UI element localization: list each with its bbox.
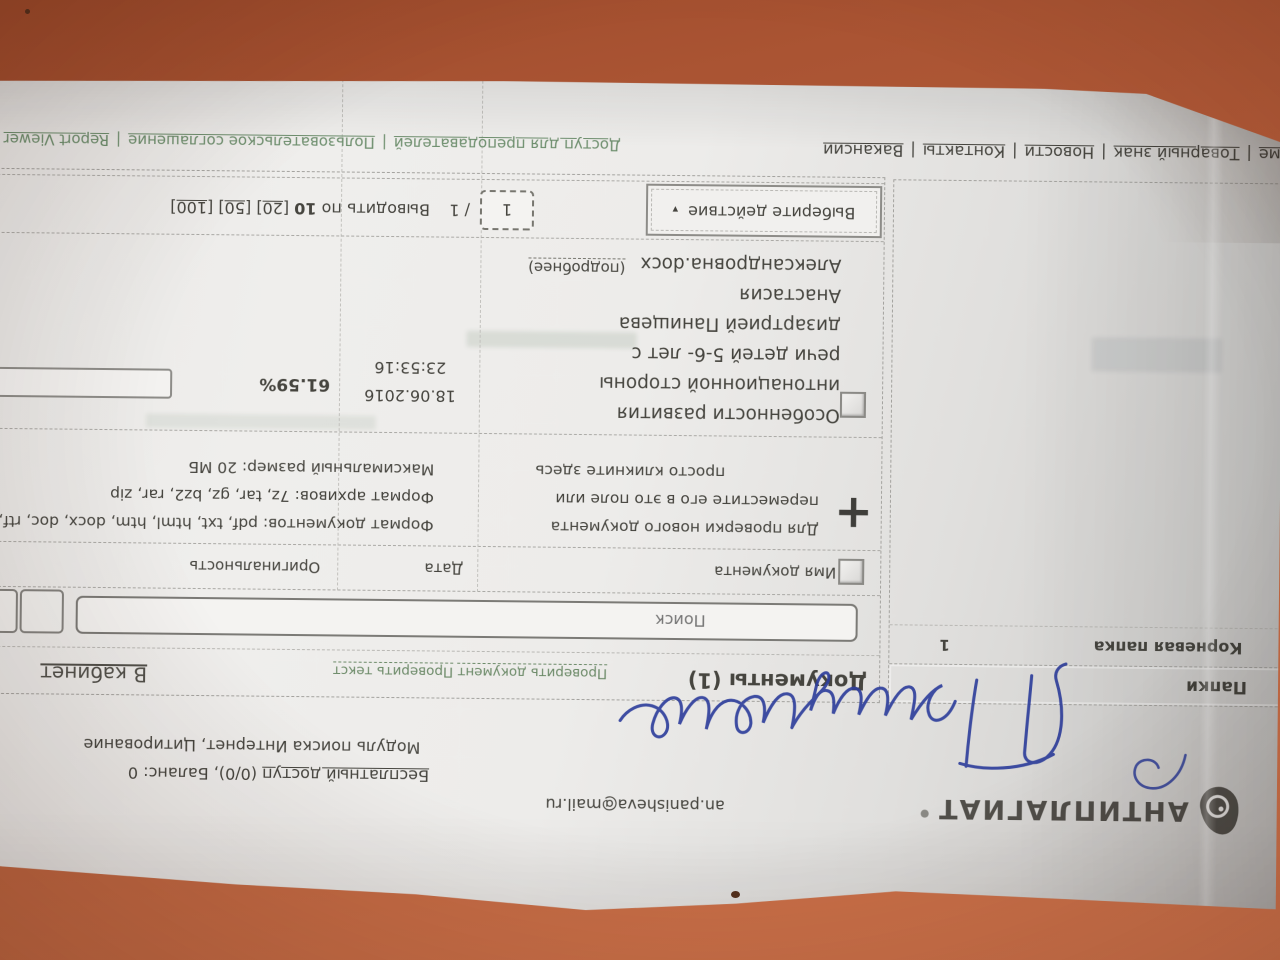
separator: |	[375, 134, 394, 152]
originality-bar	[0, 366, 172, 399]
separator: |	[1239, 145, 1259, 164]
documents-panel: Документы (1) Проверить документ Провери…	[0, 167, 885, 703]
per-page-20-link[interactable]: [20]	[256, 199, 289, 218]
separator: |	[1005, 142, 1025, 161]
select-all-checkbox[interactable]	[838, 559, 864, 585]
to-cabinet-link[interactable]: В кабинет	[40, 661, 147, 686]
upload-formats: Формат документов: pdf, txt, html, htm, …	[0, 450, 434, 540]
root-folder-label: Корневая папка	[1094, 637, 1243, 658]
format-docs: Формат документов: pdf, txt, html, htm, …	[0, 511, 434, 534]
title-line: интонационной стороны	[599, 372, 840, 396]
separator: |	[109, 131, 128, 149]
photo-of-printed-page: { "header": { "brand": "АНТИПЛАГИАТ", "e…	[0, 0, 1280, 960]
printed-paper-sheet: АНТИПЛАГИАТ an.panisheva@mail.ru Бесплат…	[0, 69, 1280, 922]
footer-link-trademark[interactable]: Товарный знак	[1113, 144, 1239, 164]
time-value: 23:53:16	[374, 358, 446, 378]
column-date[interactable]: Дата	[424, 559, 463, 577]
antiplagiat-logo-icon	[1198, 784, 1242, 836]
title-line: речи детей 5-6- лет с	[631, 343, 840, 366]
handwriting-stroke	[1113, 746, 1197, 801]
per-page-100-link[interactable]: [100]	[170, 198, 213, 217]
folders-panel: Папки Корневая папка 1	[888, 179, 1280, 707]
per-page-selector: Выводить по 10 [20] [50] [100]	[170, 198, 430, 220]
title-line: Александровна.docx	[640, 253, 841, 276]
footer-menu-secondary: Доступ для преподавателей|Пользовательск…	[3, 130, 620, 154]
footer-link-user-agreement[interactable]: Пользовательское соглашение	[128, 131, 375, 152]
logo-ring	[1205, 794, 1231, 820]
floor-speck	[25, 9, 30, 14]
action-select-label: Выберите действие	[688, 202, 855, 223]
max-size: Максимальный размер: 20 МБ	[188, 458, 434, 479]
upload-dropzone[interactable]: + Для проверки нового документа перемест…	[0, 427, 882, 552]
search-button[interactable]	[20, 589, 64, 633]
footer-link-contacts[interactable]: Контакты	[923, 142, 1006, 162]
column-originality[interactable]: Оригинальность	[189, 557, 320, 576]
plan-info: Бесплатный доступ (0/0), Баланс: 0	[128, 763, 429, 785]
antiplagiat-page: АНТИПЛАГИАТ an.panisheva@mail.ru Бесплат…	[0, 69, 1280, 922]
floor-speck	[731, 891, 740, 898]
title-line: Особенности развития	[617, 402, 840, 425]
separator: |	[1094, 143, 1114, 162]
document-checkbox[interactable]	[840, 392, 866, 418]
plus-icon: +	[834, 494, 873, 534]
footer-link-system[interactable]: О системе	[1259, 145, 1280, 165]
free-access-link[interactable]: Бесплатный доступ	[262, 765, 429, 786]
search-clear-button[interactable]	[0, 589, 18, 633]
title-line: Анастасия	[739, 284, 841, 306]
originality-percent: 61.59%	[259, 374, 330, 395]
document-date: 18.06.2016 23:53:16	[340, 352, 481, 409]
footer-menu: О системе|Товарный знак|Новости|Контакты…	[823, 141, 1280, 165]
check-text-link[interactable]: Проверить текст	[333, 661, 453, 679]
page-number-input[interactable]	[480, 190, 534, 231]
plan-balance: (0/0), Баланс: 0	[128, 763, 262, 783]
user-email[interactable]: an.panisheva@mail.ru	[545, 795, 724, 816]
upload-instructions: Для проверки нового документа переместит…	[441, 456, 820, 544]
footer-link-vacancies[interactable]: Вакансии	[823, 141, 904, 161]
title-line: дизартрией Панищева	[619, 312, 841, 335]
date-value: 18.06.2016	[364, 386, 456, 406]
action-select[interactable]: Выберите действие▾	[646, 184, 883, 238]
format-archives: Формат архивов: 7z, tar, gz, bz2, rar, z…	[110, 485, 434, 506]
page-total: / 1	[449, 201, 470, 220]
details-link[interactable]: (подробнее)	[528, 257, 625, 277]
per-page-50-link[interactable]: [50]	[218, 198, 251, 217]
search-modules-info: Модуль поиска Интернет, Цитирование	[83, 735, 420, 758]
upload-line2: переместите его в это поле или	[555, 490, 819, 511]
per-page-label: Выводить по	[316, 199, 430, 219]
separator: |	[903, 141, 923, 160]
search-input[interactable]	[76, 596, 858, 642]
handwriting-panisheva	[570, 653, 1085, 799]
upload-line1: Для проверки нового документа	[551, 518, 819, 539]
controls-row: Выберите действие▾ / 1 Выводить по 10 [2…	[0, 173, 884, 242]
upload-line3: просто кликните здесь	[441, 456, 819, 488]
column-name[interactable]: Имя документа	[714, 562, 836, 581]
document-row[interactable]: Особенности развития интонационной сторо…	[0, 231, 884, 438]
chevron-down-icon: ▾	[673, 203, 679, 216]
registered-mark-icon	[921, 810, 929, 818]
footer-link-teachers-access[interactable]: Доступ для преподавателей	[394, 134, 621, 154]
footer-link-news[interactable]: Новости	[1024, 143, 1094, 163]
per-page-current: 10	[294, 199, 316, 218]
footer-link-report-viewer[interactable]: Report Viewer	[3, 130, 109, 149]
